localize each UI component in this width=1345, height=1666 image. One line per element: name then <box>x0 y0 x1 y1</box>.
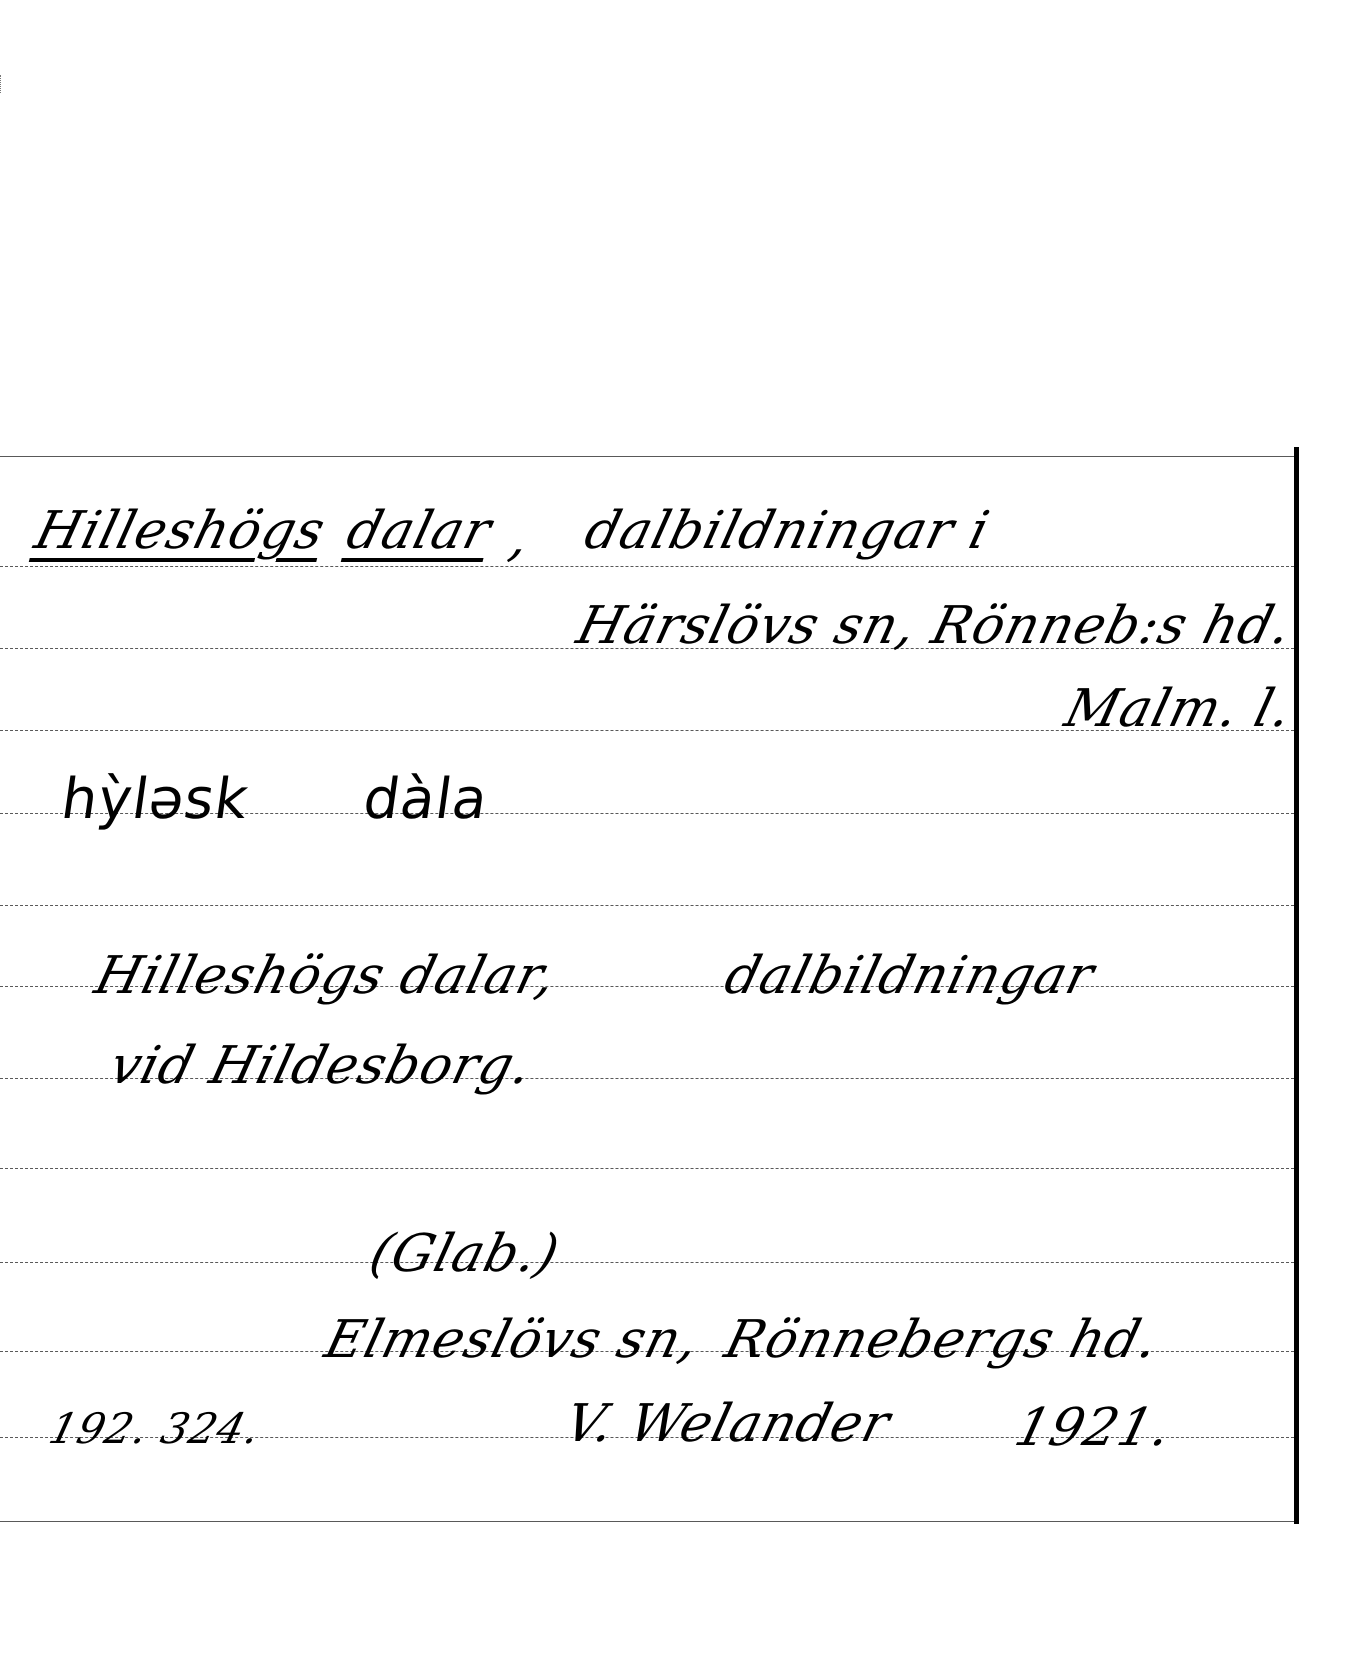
ruled-line <box>0 1168 1294 1169</box>
ruled-line <box>0 566 1294 567</box>
ruled-line <box>0 456 1294 457</box>
place-description: dalbildningar i <box>580 505 995 557</box>
phonetic-word-1: hỳləsk <box>58 772 252 828</box>
location-line-1: Härslövs sn, Rönneb:s hd. <box>572 600 1297 652</box>
phonetic-word-2: dàla <box>360 772 492 828</box>
location-line-2: Malm. l. <box>1060 683 1297 735</box>
source-parish: Elmeslövs sn, <box>320 1314 705 1366</box>
collection-year: 1921. <box>1010 1402 1177 1454</box>
place-name-part2: dalar <box>342 505 497 557</box>
archive-card: Hilleshögs dalar , dalbildningar i Härsl… <box>0 0 1345 1666</box>
scan-artifact <box>0 75 4 93</box>
catalog-number: 192. 324. <box>45 1408 265 1450</box>
ruled-line <box>0 1262 1294 1263</box>
source-district: Rönnebergs hd. <box>720 1314 1164 1366</box>
source-abbreviation: (Glab.) <box>365 1228 565 1280</box>
ruled-line <box>0 905 1294 906</box>
place-name-part1: Hilleshögs <box>30 505 330 557</box>
variant-description: dalbildningar <box>720 950 1099 1002</box>
variant-location: vid Hildesborg. <box>105 1040 537 1092</box>
variant-name: Hilleshögs dalar, <box>90 950 562 1002</box>
collector-signature: V. Welander <box>560 1398 896 1450</box>
heading-comma: , <box>505 512 535 564</box>
ruled-line <box>0 1521 1294 1522</box>
